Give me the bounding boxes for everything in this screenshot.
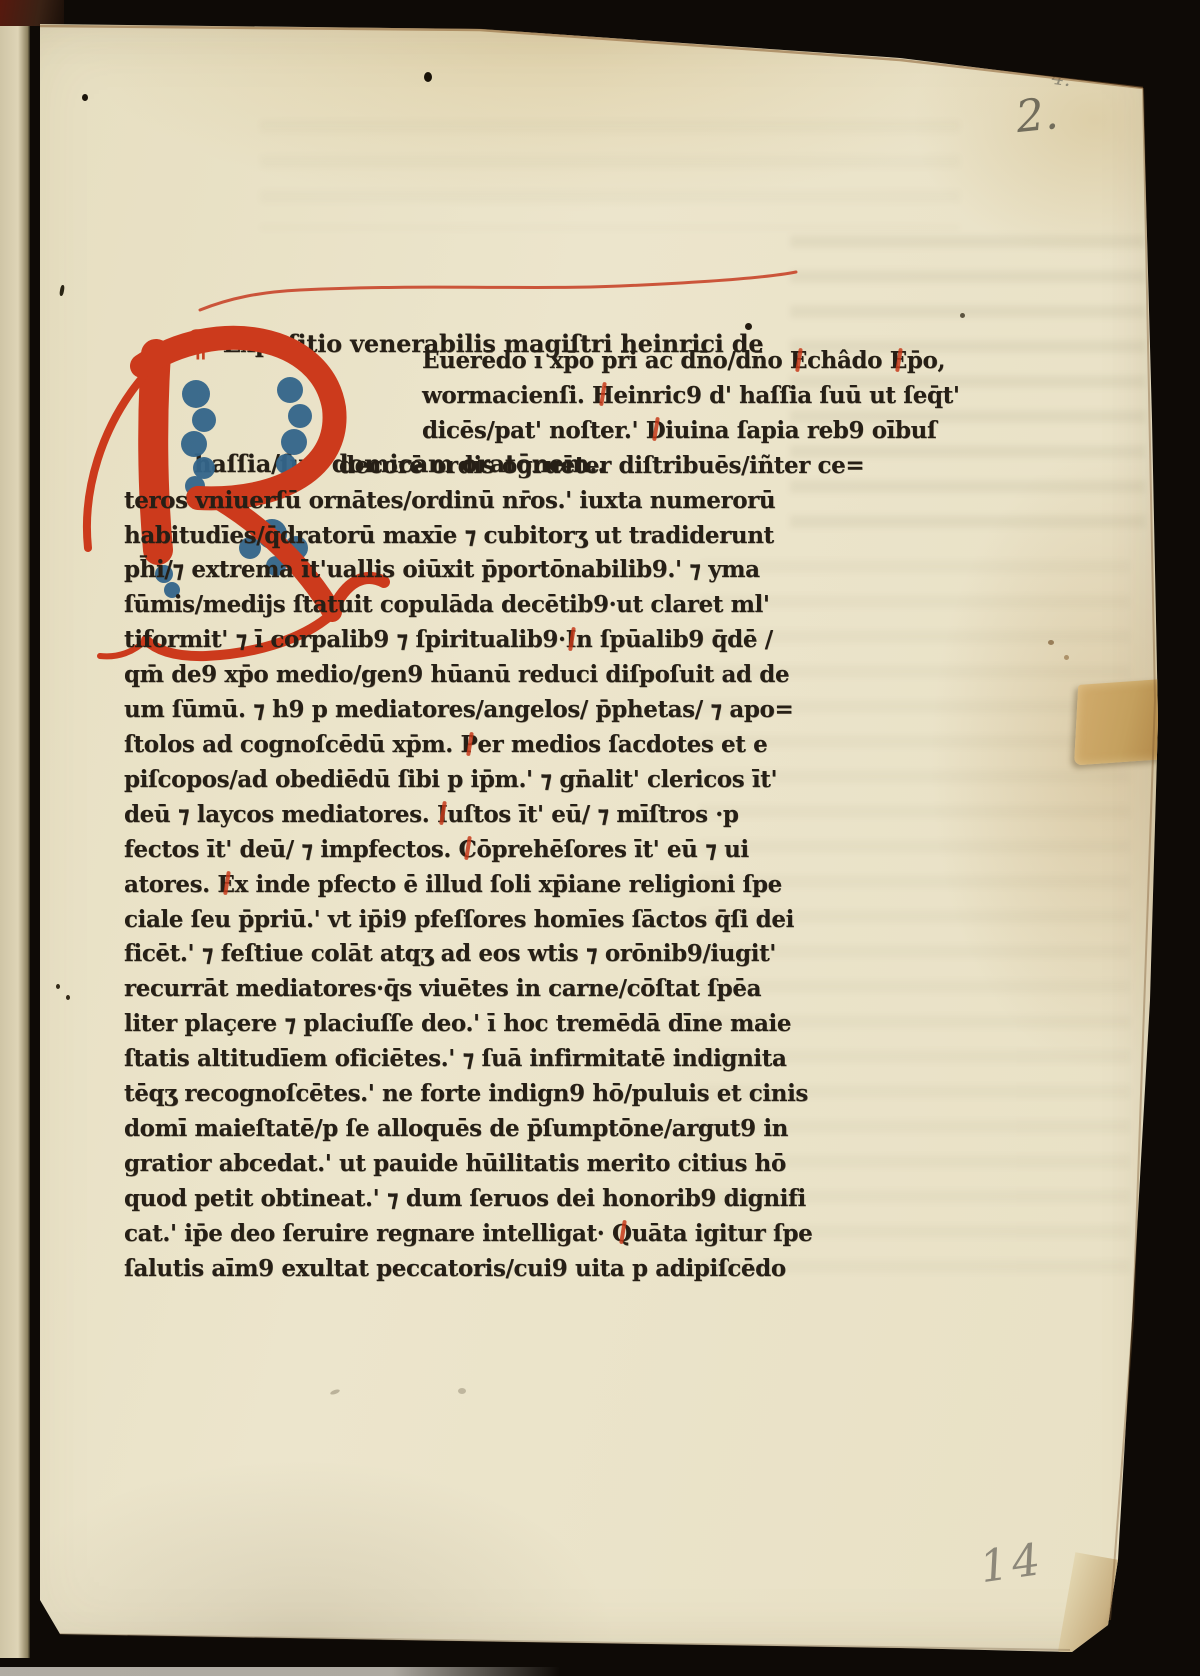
text-line: teros vniuerſū ornātes/ordinū nr̄os.' iu…	[124, 484, 834, 519]
text-line: gratior abcedat.' ut pauide hūilitatis m…	[124, 1147, 834, 1182]
book-photo: ¶Expoſitio venerabilis magiſtri heinrici…	[0, 0, 1200, 1676]
text-line: tiformit' ⁊ ī corpalib9 ⁊ ſpiritualib9·I…	[124, 623, 834, 658]
page-curl	[1057, 1552, 1126, 1663]
text-line: ſalutis aīm9 exultat peccatoris/cui9 uit…	[124, 1252, 834, 1287]
folio-annotation-bottom: 14	[977, 1534, 1047, 1593]
text-line: ciale ſeu p̄priū.' vt ip̄i9 pfeſſores ho…	[124, 903, 834, 938]
ink-speck	[82, 94, 88, 101]
pencil-smudge	[458, 1388, 466, 1394]
text-line: tēqʒ recognoſcētes.' ne forte indign9 hō…	[124, 1077, 834, 1112]
ink-speck	[745, 323, 752, 330]
text-line: quod petit obtineat.' ⁊ dum ſeruos dei h…	[124, 1182, 834, 1217]
text-line: piſcopos/ad obediēdū ſibi p ip̄m.' ⁊ gn̄…	[124, 763, 834, 798]
text-line: deū ⁊ laycos mediatores. Iuſtos īt' eū/ …	[124, 798, 834, 833]
text-line: liter plaçere ⁊ placiuſſe deo.' ī hoc tr…	[124, 1007, 834, 1042]
text-line: ſūmis/medijs ſtatuit copulāda decētib9·u…	[124, 588, 834, 623]
text-line: um ſūmū. ⁊ h9 p mediatores/angelos/ p̄ph…	[124, 693, 834, 728]
text-line: dicēs/pat' noſter.' Diuina ſapia reb9 oī…	[124, 414, 834, 449]
scanner-edge-strip	[0, 1667, 560, 1676]
text-line: ſtatis altitudīem oficiētes.' ⁊ ſuā infi…	[124, 1042, 834, 1077]
text-line: domī maieſtatē/p ſe alloquēs de p̄ſumptō…	[124, 1112, 834, 1147]
showthrough-texture	[260, 120, 960, 230]
facing-page-edge	[0, 8, 30, 1658]
body-text: Euerēdo ī xp̄o pr̄i ac dn̄o/dn̄o Echâdo …	[124, 344, 834, 1286]
repair-tab	[1074, 679, 1170, 766]
ink-speck	[960, 313, 965, 318]
ink-speck	[56, 984, 60, 989]
ink-speck	[66, 995, 70, 1000]
folio-annotation-top: 2.	[1013, 88, 1060, 143]
foxing-spot	[1048, 640, 1054, 645]
ink-speck	[59, 285, 65, 297]
text-line: qm̄ de9 xp̄o medio/gen9 hūanū reduci diſ…	[124, 658, 834, 693]
text-line: decorē ordis ogruēter diſtribuēs/iñter c…	[124, 449, 834, 484]
text-line: atores. Ex inde pfecto ē illud ſoli xp̄i…	[124, 868, 834, 903]
binding-corner	[0, 0, 64, 26]
ink-speck	[424, 72, 432, 82]
text-line: wormacienſi. Heinric9 d' haſſia ſuū ut ſ…	[124, 379, 834, 414]
text-line: recurrāt mediatores·q̄s viuētes in carne…	[124, 972, 834, 1007]
text-line: ph̄i/⁊ extrema īt'uallis oiūxit p̄portōn…	[124, 553, 834, 588]
pencil-smudge	[330, 1388, 341, 1395]
text-line: cat.' ip̄e deo ſeruire regnare intelliga…	[124, 1217, 834, 1252]
text-line: Euerēdo ī xp̄o pr̄i ac dn̄o/dn̄o Echâdo …	[124, 344, 834, 379]
folio-annotation-top-small: 4.	[1050, 65, 1072, 91]
text-line: habitudīes/q̄dratorū maxīe ⁊ cubitorʒ ut…	[124, 519, 834, 554]
text-line: ſtolos ad cognoſcēdū xp̄m. Per medios ſa…	[124, 728, 834, 763]
text-line: ficēt.' ⁊ feſtiue colāt atqʒ ad eos wtis…	[124, 937, 834, 972]
text-line: fectos īt' deū/ ⁊ impfectos. Cōprehēſore…	[124, 833, 834, 868]
manuscript-page: ¶Expoſitio venerabilis magiſtri heinrici…	[0, 0, 1200, 1676]
foxing-spot	[1064, 655, 1069, 660]
